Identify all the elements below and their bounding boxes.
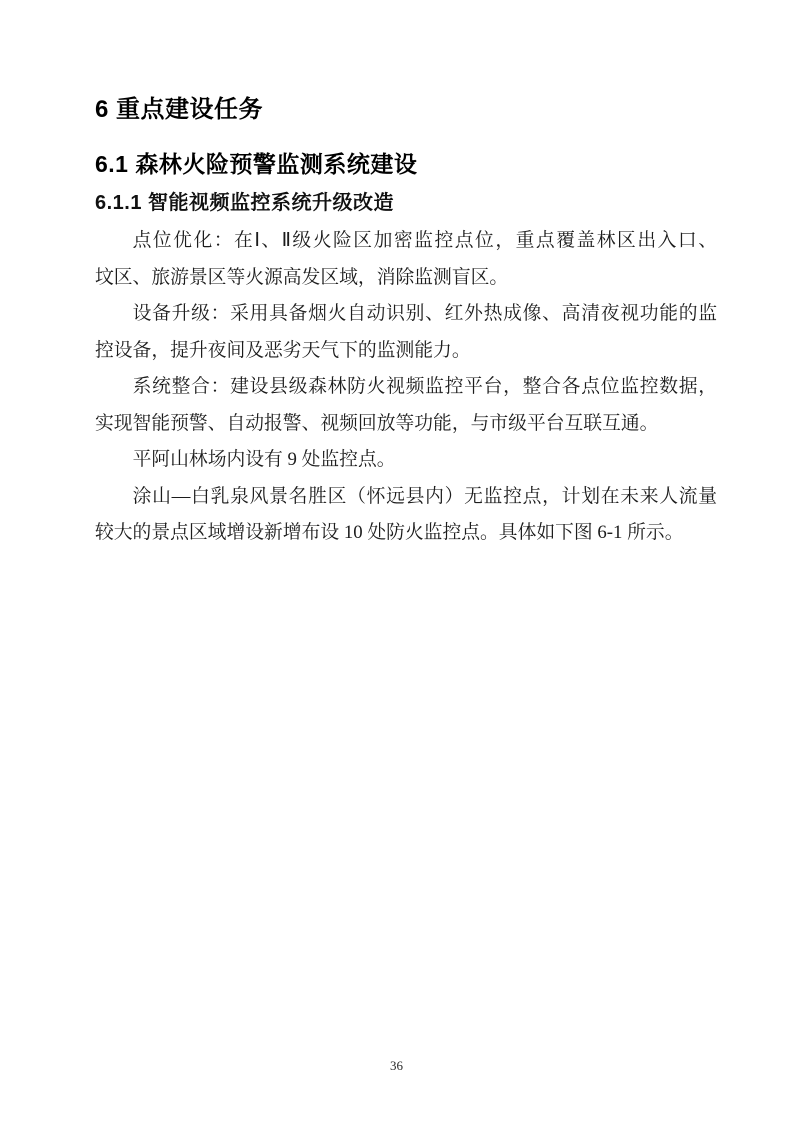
paragraph-equipment-upgrade: 设备升级：采用具备烟火自动识别、红外热成像、高清夜视功能的监控设备，提升夜间及恶… <box>95 296 717 369</box>
paragraph-line: 点位优化：在Ⅰ、Ⅱ级火险区加密监控点位，重点覆盖林区出入口、 <box>95 223 717 260</box>
subsection-heading: 6.1.1 智能视频监控系统升级改造 <box>95 192 717 214</box>
paragraph-line: 控设备，提升夜间及恶劣天气下的监测能力。 <box>95 333 717 370</box>
section-heading: 6.1 森林火险预警监测系统建设 <box>95 152 717 177</box>
paragraph-pinga-forest-farm: 平阿山林场内设有 9 处监控点。 <box>95 442 717 479</box>
paragraph-line: 设备升级：采用具备烟火自动识别、红外热成像、高清夜视功能的监 <box>95 296 717 333</box>
page-number: 36 <box>0 1058 793 1074</box>
paragraph-system-integration: 系统整合：建设县级森林防火视频监控平台，整合各点位监控数据，实现智能预警、自动报… <box>95 369 717 442</box>
chapter-heading: 6 重点建设任务 <box>95 97 717 123</box>
paragraph-tushan-scenic-area: 涂山—白乳泉风景名胜区（怀远县内）无监控点，计划在未来人流量较大的景点区域增设新… <box>95 479 717 552</box>
paragraph-line: 坟区、旅游景区等火源高发区域，消除监测盲区。 <box>95 260 717 297</box>
paragraph-line: 涂山—白乳泉风景名胜区（怀远县内）无监控点，计划在未来人流量 <box>95 479 717 516</box>
paragraph-point-optimization: 点位优化：在Ⅰ、Ⅱ级火险区加密监控点位，重点覆盖林区出入口、坟区、旅游景区等火源… <box>95 223 717 296</box>
paragraph-line: 平阿山林场内设有 9 处监控点。 <box>95 442 717 479</box>
paragraph-line: 系统整合：建设县级森林防火视频监控平台，整合各点位监控数据， <box>95 369 717 406</box>
document-content: 6 重点建设任务 6.1 森林火险预警监测系统建设 6.1.1 智能视频监控系统… <box>95 97 717 552</box>
paragraph-line: 实现智能预警、自动报警、视频回放等功能，与市级平台互联互通。 <box>95 406 717 443</box>
paragraph-line: 较大的景点区域增设新增布设 10 处防火监控点。具体如下图 6-1 所示。 <box>95 515 717 552</box>
document-page: 6 重点建设任务 6.1 森林火险预警监测系统建设 6.1.1 智能视频监控系统… <box>0 0 793 1122</box>
